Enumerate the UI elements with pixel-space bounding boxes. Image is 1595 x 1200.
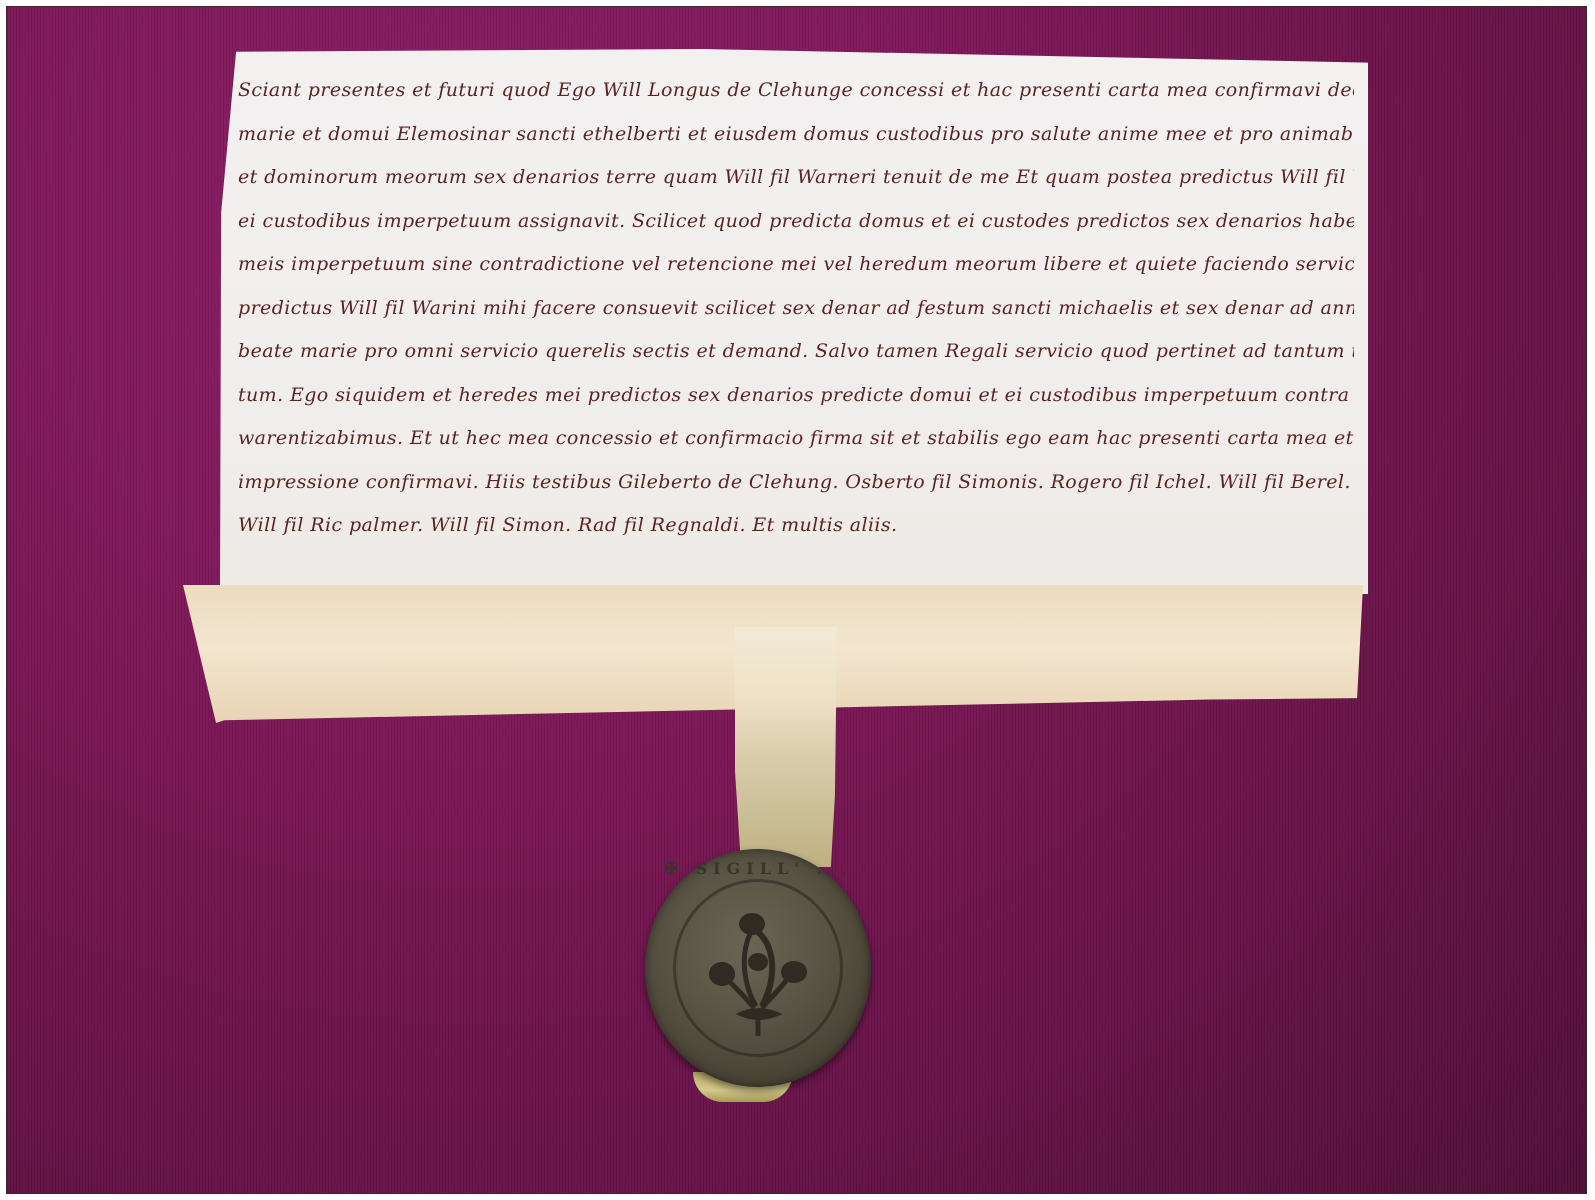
charter-line: meis imperpetuum sine contradictione vel… [238,243,1354,287]
charter-line: marie et domui Elemosinar sancti ethelbe… [238,113,1354,157]
charter-line: beate marie pro omni servicio querelis s… [238,330,1354,374]
charter-text: Sciant presentes et futuri quod Ego Will… [238,69,1354,548]
charter-line: Sciant presentes et futuri quod Ego Will… [238,69,1354,113]
seal-tag [735,627,837,867]
fleur-de-lis-icon [688,896,828,1046]
parchment-charter: Sciant presentes et futuri quod Ego Will… [220,49,1368,594]
wax-seal: ✠ SIGILL' ... [645,849,871,1087]
charter-line: tum. Ego siquidem et heredes mei predict… [238,374,1354,418]
charter-line: Will fil Ric palmer. Will fil Simon. Rad… [238,504,1354,548]
charter-line: warentizabimus. Et ut hec mea concessio … [238,417,1354,461]
photo-frame: Sciant presentes et futuri quod Ego Will… [6,6,1587,1194]
charter-line: predictus Will fil Warini mihi facere co… [238,287,1354,331]
charter-line: et dominorum meorum sex denarios terre q… [238,156,1354,200]
charter-line: impressione confirmavi. Hiis testibus Gi… [238,461,1354,505]
charter-line: ei custodibus imperpetuum assignavit. Sc… [238,200,1354,244]
